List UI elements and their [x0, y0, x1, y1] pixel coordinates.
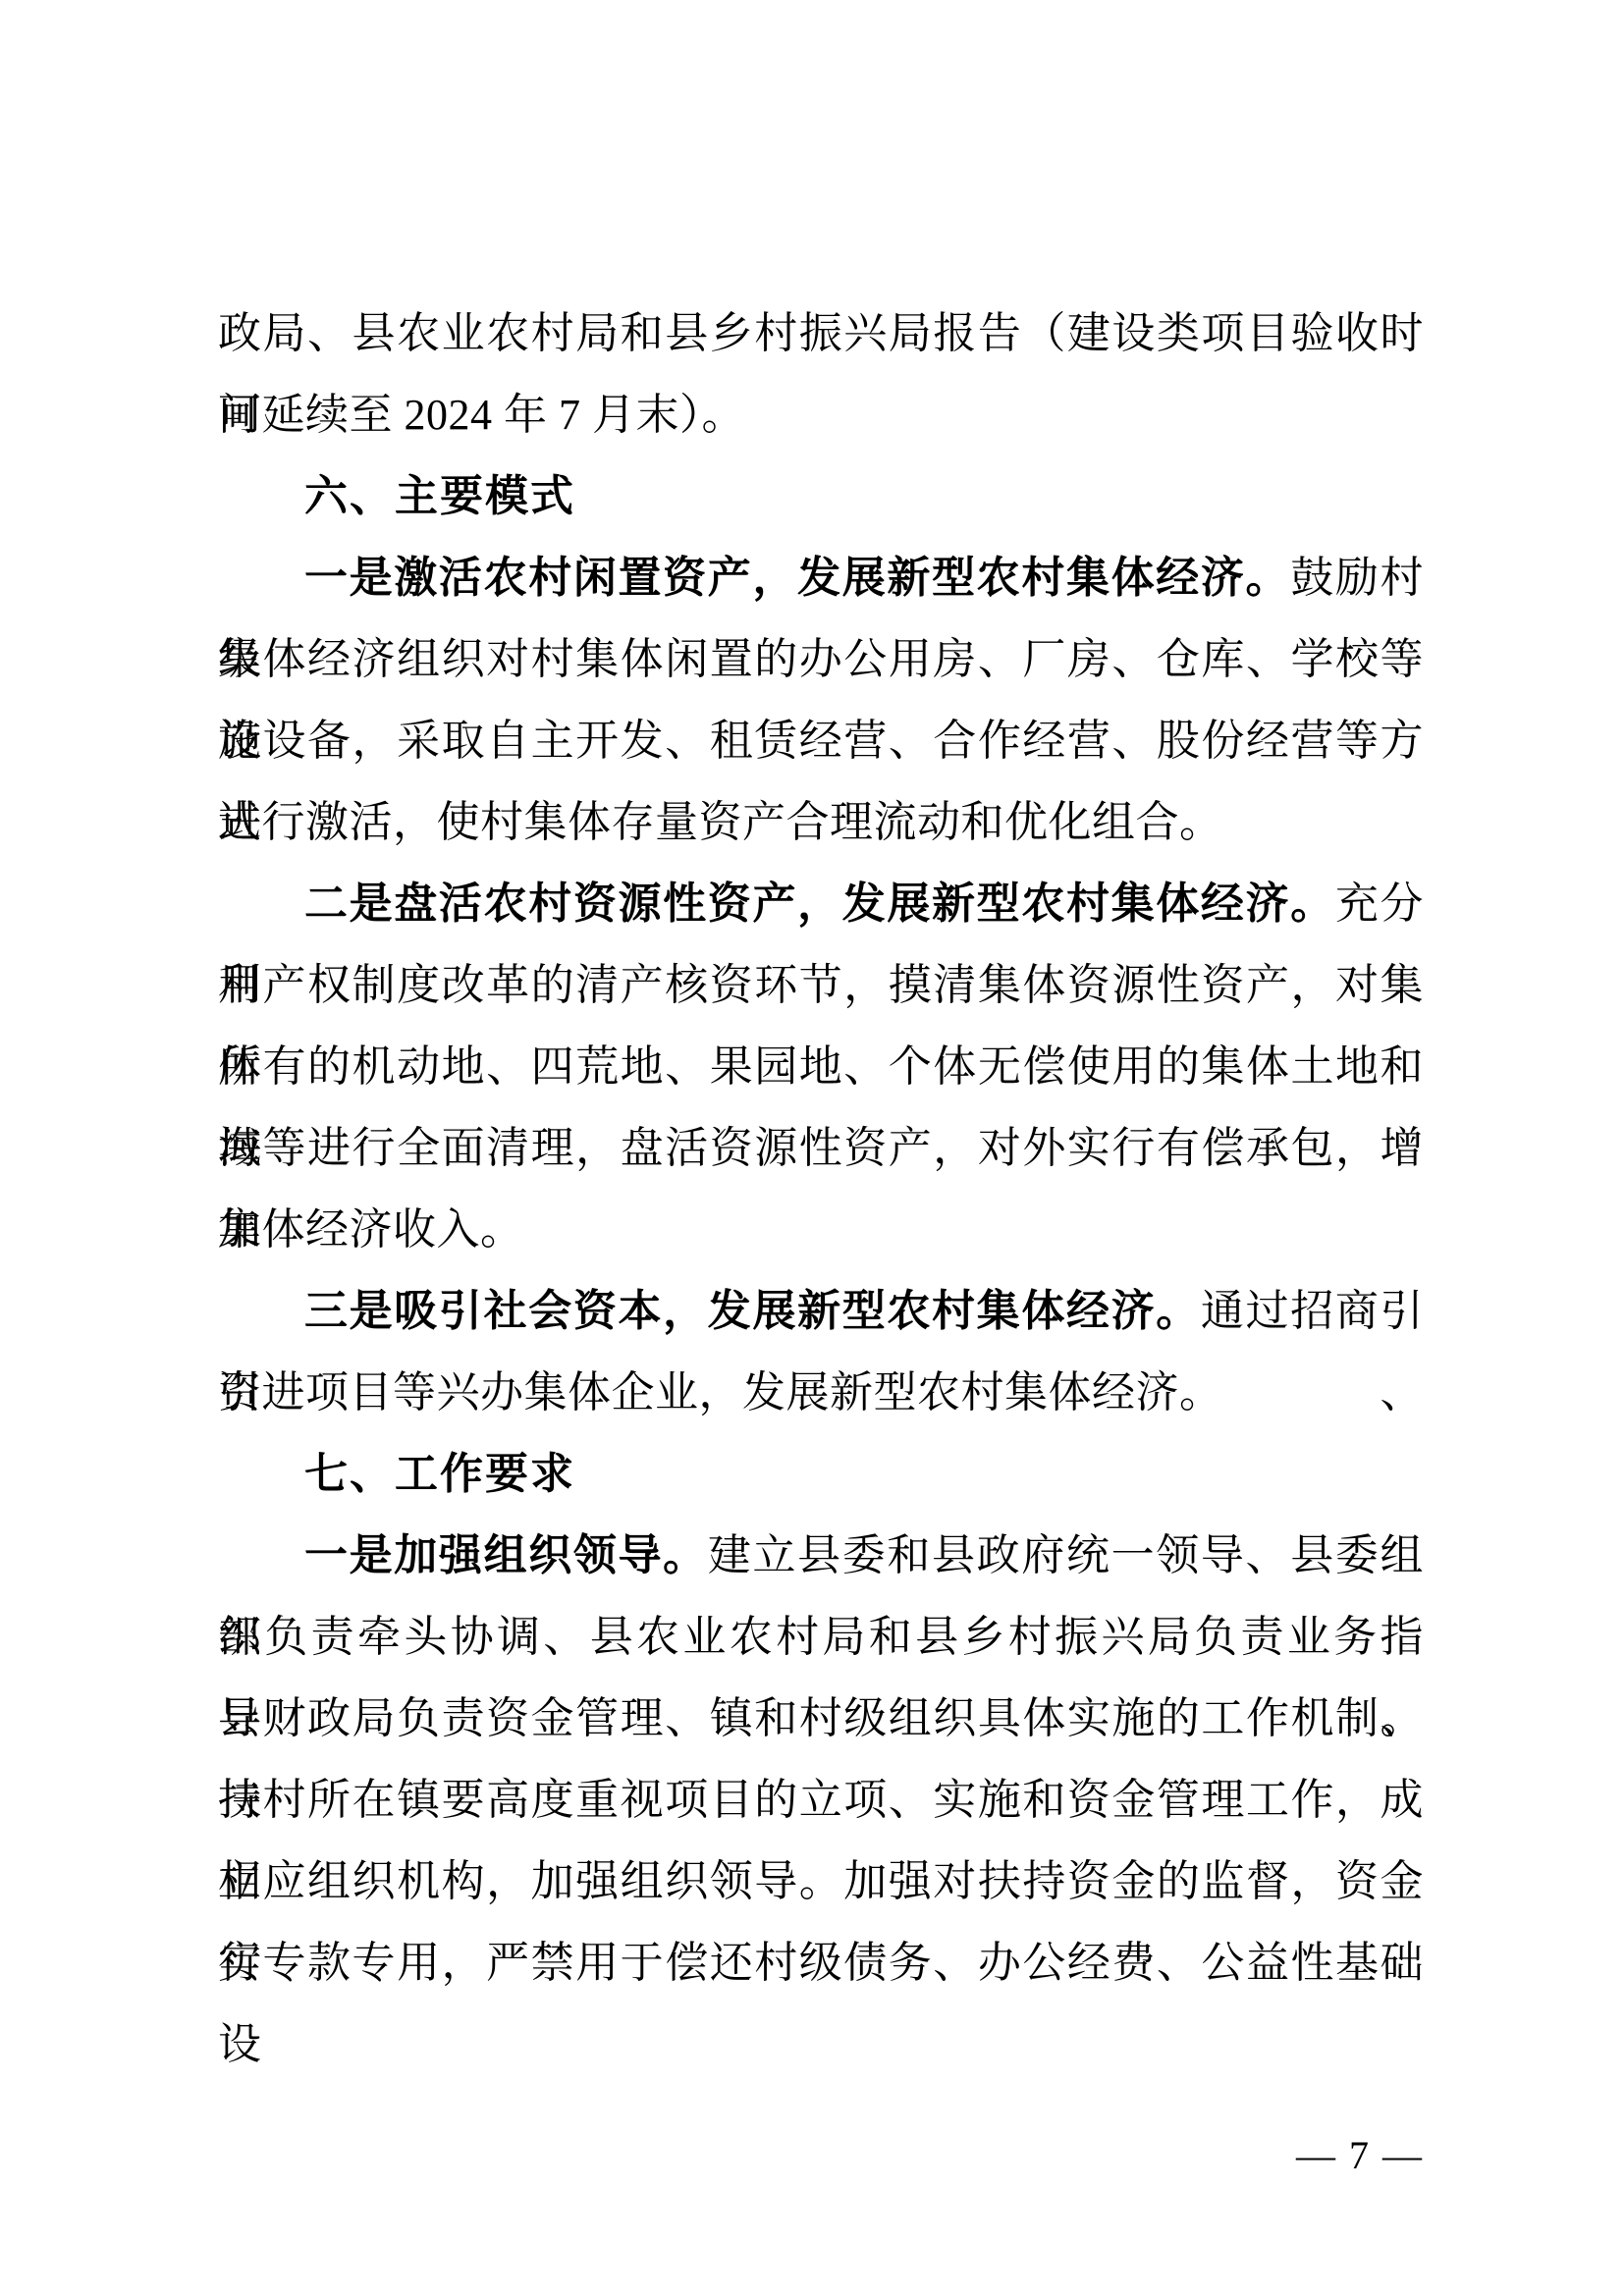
page-number: — 7 — [1296, 2132, 1424, 2179]
section-heading: 六、主要模式 [218, 455, 1424, 537]
text-line: 施设备，采取自主开发、租赁经营、合作经营、股份经营等方式 [218, 700, 1424, 781]
section-heading: 七、工作要求 [218, 1433, 1424, 1515]
text-line: 可延续至 2024 年 7 月末）。 [218, 374, 1424, 455]
body-text: 进行激活，使村集体存量资产合理流动和优化组合。 [218, 798, 1223, 846]
body-text: 集体经济收入。 [218, 1205, 524, 1254]
text-line: 用产权制度改革的清产核资环节，摸清集体资源性资产，对集体 [218, 944, 1424, 1026]
text-line: 部负责牵头协调、县农业农村局和县乡村振兴局负责业务指导、 [218, 1596, 1424, 1678]
text-line: 行专款专用，严禁用于偿还村级债务、办公经费、公益性基础设 [218, 1922, 1424, 2003]
document-page: 政局、县农业农村局和县乡村振兴局报告（建设类项目验收时间可延续至 2024 年 … [0, 0, 1624, 2296]
document-body: 政局、县农业农村局和县乡村振兴局报告（建设类项目验收时间可延续至 2024 年 … [218, 293, 1424, 2003]
body-text: 行专款专用，严禁用于偿还村级债务、办公经费、公益性基础设 [218, 1939, 1424, 2068]
text-line: 所有的机动地、四荒地、果园地、个体无偿使用的集体土地和海 [218, 1026, 1424, 1107]
text-line: 域等进行全面清理，盘活资源性资产，对外实行有偿承包，增加 [218, 1107, 1424, 1189]
text-line: 持村所在镇要高度重视项目的立项、实施和资金管理工作，成立 [218, 1759, 1424, 1841]
text-line: 三是吸引社会资本，发展新型农村集体经济。通过招商引资、 [218, 1270, 1424, 1352]
emphasized-text: 一是激活农村闲置资产，发展新型农村集体经济。 [304, 554, 1290, 602]
text-line: 政局、县农业农村局和县乡村振兴局报告（建设类项目验收时间 [218, 293, 1424, 374]
text-line: 进行激活，使村集体存量资产合理流动和优化组合。 [218, 781, 1424, 863]
text-line: 县财政局负责资金管理、镇和村级组织具体实施的工作机制。扶 [218, 1678, 1424, 1759]
body-text: 引进项目等兴办集体企业，发展新型农村集体经济。 [218, 1368, 1223, 1416]
emphasized-text: 一是加强组织领导。 [304, 1531, 708, 1579]
text-line: 集体经济收入。 [218, 1189, 1424, 1270]
text-line: 一是加强组织领导。建立县委和县政府统一领导、县委组织 [218, 1515, 1424, 1596]
text-line: 相应组织机构，加强组织领导。加强对扶持资金的监督，资金实 [218, 1841, 1424, 1922]
text-line: 一是激活农村闲置资产，发展新型农村集体经济。鼓励村级 [218, 537, 1424, 618]
body-text: 可延续至 2024 年 7 月末）。 [218, 391, 745, 439]
emphasized-text: 二是盘活农村资源性资产，发展新型农村集体经济。 [304, 880, 1335, 928]
emphasized-text: 三是吸引社会资本，发展新型农村集体经济。 [304, 1287, 1201, 1335]
emphasized-text: 六、主要模式 [304, 472, 575, 520]
text-line: 集体经济组织对村集体闲置的办公用房、厂房、仓库、学校等设 [218, 618, 1424, 700]
emphasized-text: 七、工作要求 [304, 1450, 575, 1498]
text-line: 二是盘活农村资源性资产，发展新型农村集体经济。充分利 [218, 863, 1424, 944]
